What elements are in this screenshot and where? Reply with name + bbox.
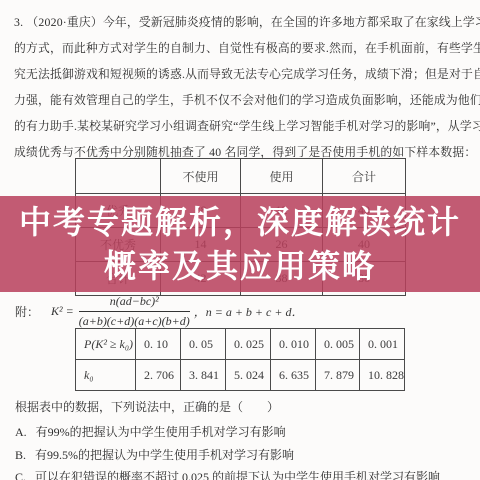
problem-statement: 3. （2020·重庆）今年，受新冠肺炎疫情的影响，在全国的许多地方都采取了在家…: [14, 9, 470, 165]
option-a: A.有99%的把握认为中学生使用手机对学习有影响: [15, 423, 286, 440]
option-b: B.有99.5%的把握认为中学生使用手机对学习有影响: [15, 446, 294, 463]
question-text: 根据表中的数据，下列说法中，正确的是（ ）: [15, 398, 279, 415]
table-header-cell: [76, 159, 161, 194]
banner-title-line-2: 概率及其应用策略: [104, 244, 376, 288]
formula-numerator: n(ad−bc)²: [79, 294, 190, 312]
table-cell: 3. 841: [181, 360, 226, 391]
formula-prefix-label: 附：: [15, 303, 39, 320]
table-cell: 10. 828: [360, 360, 405, 391]
problem-text-line: 究无法抵御游戏和短视频的诱惑.从而导致无法专心完成学习任务，成绩下滑；但是对于自…: [14, 61, 470, 87]
table-header-row: 不使用 使用 合计: [76, 159, 406, 194]
table-cell: 0. 05: [181, 329, 226, 360]
table-cell: 6. 635: [271, 360, 316, 391]
table-cell: 7. 879: [316, 360, 360, 391]
table-header-cell: 使用: [241, 159, 323, 194]
table-cell: 0. 010: [271, 329, 316, 360]
table-header-cell: 合计: [323, 159, 406, 194]
table-cell: 0. 001: [360, 329, 405, 360]
formula-fraction: n(ad−bc)² (a+b)(c+d)(a+c)(b+d): [79, 294, 190, 329]
problem-text-line: 3. （2020·重庆）今年，受新冠肺炎疫情的影响，在全国的许多地方都采取了在家…: [14, 9, 470, 35]
option-text: 有99.5%的把握认为中学生使用手机对学习有影响: [35, 448, 294, 462]
formula-denominator: (a+b)(c+d)(a+c)(b+d): [79, 312, 190, 329]
table-cell: 2. 706: [136, 360, 181, 391]
option-c: C.可以在犯错误的概率不超过 0.025 的前提下认为中学生使用手机对学习有影响: [15, 468, 440, 480]
formula-tail: ，n = a + b + c + d．: [194, 303, 304, 320]
exam-document-page: 3. （2020·重庆）今年，受新冠肺炎疫情的影响，在全国的许多地方都采取了在家…: [0, 0, 480, 480]
promo-banner: 中考专题解析，深度解读统计 概率及其应用策略: [0, 196, 480, 292]
table-cell: 0. 10: [136, 329, 181, 360]
option-text: 有99%的把握认为中学生使用手机对学习有影响: [36, 425, 286, 439]
table-cell: 0. 005: [316, 329, 360, 360]
option-text: 可以在犯错误的概率不超过 0.025 的前提下认为中学生使用手机对学习有影响: [35, 470, 440, 480]
row-label: k₀: [76, 360, 136, 391]
probability-row: P(K² ≥ k₀) 0. 10 0. 05 0. 025 0. 010 0. …: [76, 329, 405, 360]
formula-lhs: K² =: [51, 304, 74, 319]
table-cell: 0. 025: [226, 329, 271, 360]
problem-text-line: 力强，能有效管理自己的学生，手机不仅不会对他们的学习造成负面影响，还能成为他们学…: [14, 87, 470, 113]
option-key: B.: [15, 448, 26, 462]
banner-title-line-1: 中考专题解析，深度解读统计: [19, 200, 461, 244]
option-key: C.: [15, 470, 26, 480]
k0-row: k₀ 2. 706 3. 841 5. 024 6. 635 7. 879 10…: [76, 360, 405, 391]
table-cell: 5. 024: [226, 360, 271, 391]
option-key: A.: [15, 425, 27, 439]
row-label: P(K² ≥ k₀): [76, 329, 136, 360]
problem-text-line: 的有力助手.某校某研究学习小组调查研究“学生线上学习智能手机对学习的影响”，从学…: [14, 113, 470, 139]
table-header-cell: 不使用: [161, 159, 241, 194]
problem-text-line: 的方式，而此种方式对学生的自制力、自觉性有极高的要求.然而，在手机面前，有些学生…: [14, 35, 470, 61]
critical-values-table: P(K² ≥ k₀) 0. 10 0. 05 0. 025 0. 010 0. …: [75, 328, 405, 391]
chi-square-formula: 附： K² = n(ad−bc)² (a+b)(c+d)(a+c)(b+d) ，…: [15, 294, 303, 329]
